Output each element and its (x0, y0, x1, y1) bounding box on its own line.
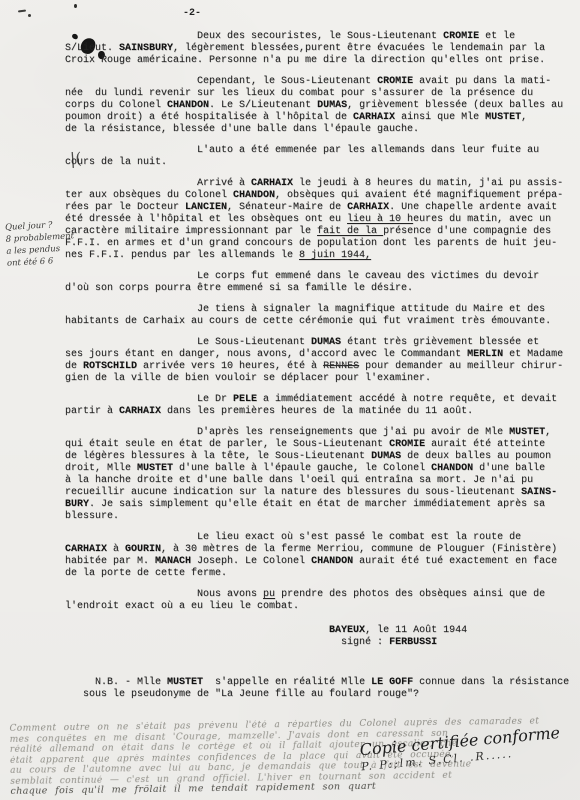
text-line: BURY. Je sais simplement qu'elle était e… (65, 499, 577, 511)
text-segment: RENNES (323, 361, 359, 372)
text-segment: partir à (65, 406, 119, 417)
text-segment: signé : (65, 637, 389, 648)
text-segment: N.B. - Mlle (65, 677, 167, 688)
text-line: été dressée à l'hôpital et les obsèques … (65, 214, 577, 226)
text-segment: et Madame (503, 349, 563, 360)
text-line: N.B. - Mlle MUSTET s'appelle en réalité … (65, 677, 577, 689)
text-line: poumon droit) a été hospitalisée à l'hôp… (65, 112, 577, 124)
paragraph: D'après les renseignements que j'ai pu a… (65, 427, 577, 523)
text-line: de la porte de cette ferme. (65, 568, 577, 580)
text-segment: avait pu dans la mati- (413, 76, 551, 87)
text-segment: aurait été tué exactement en face (353, 556, 557, 567)
text-segment: habitants de Carhaix au cours de cette c… (65, 316, 551, 327)
text-segment: cours de la nuit. (65, 157, 167, 168)
text-segment: corps du Colonel (65, 100, 167, 111)
text-line: droit, Mlle MUSTET d'une balle à l'épaul… (65, 463, 577, 475)
text-segment: sous le pseudonyme de "La Jeune fille au… (65, 689, 419, 700)
ink-speck (28, 14, 31, 17)
text-segment: , grièvement blessée (deux balles au (347, 100, 563, 111)
text-segment: a immédiatement accédé à notre requête, … (257, 394, 557, 405)
text-segment: de la résistance, blessée d'une balle da… (65, 124, 419, 135)
text-segment: MUSTET (137, 463, 173, 474)
text-segment: , à 30 mètres de la ferme Merriou, commu… (161, 544, 557, 555)
text-segment: BURY (65, 499, 89, 510)
text-segment: SAINSBURY (119, 43, 173, 54)
paragraph: Le corps fut emmené dans le caveau des v… (65, 271, 577, 295)
text-segment: droit, Mlle (65, 463, 137, 474)
text-segment: MERLIN (467, 349, 503, 360)
text-segment: PELE (233, 394, 257, 405)
text-segment: recueillir aucune indication sur la natu… (65, 487, 521, 498)
text-segment: nes F.F.I. pendus par les allemands le (65, 250, 299, 261)
text-segment: étant très grièvement blessée et (341, 337, 539, 348)
paragraph: Le Dr PELE a immédiatement accédé à notr… (65, 394, 577, 418)
text-segment: LANCIEN (185, 202, 227, 213)
text-segment: rées par le Docteur (65, 202, 185, 213)
text-line: habitants de Carhaix au cours de cette c… (65, 316, 577, 328)
text-line: d'où son corps pourra être emmené si sa … (65, 283, 577, 295)
text-segment: de la porte de cette ferme. (65, 568, 227, 579)
text-segment: Croix Rouge américaine. Personne n'a pu … (65, 55, 545, 66)
text-line: signé : FERBUSSI (65, 637, 577, 649)
text-segment: et le (479, 31, 515, 42)
text-line: CARHAIX à GOURIN, à 30 mètres de la ferm… (65, 544, 577, 556)
text-segment: S/Lieut. (65, 43, 119, 54)
text-segment: CHANDON (167, 100, 209, 111)
text-segment: LE GOFF (371, 677, 413, 688)
text-segment: , (521, 112, 527, 123)
text-line: Le Sous-Lieutenant DUMAS étant très griè… (65, 337, 577, 349)
text-line: Arrivé à CARHAIX le jeudi à 8 heures du … (65, 178, 577, 190)
text-segment: Le corps fut emmené dans le caveau des v… (65, 271, 539, 282)
text-segment: Le Sous-Lieutenant (65, 337, 311, 348)
text-segment: de deux balles au poumon (401, 451, 551, 462)
text-segment: , obsèques qui avaient été magnifiquemen… (275, 190, 563, 201)
text-segment: le jeudi à 8 heures du matin, j'ai pu as… (293, 178, 563, 189)
text-segment: arrivée vers 10 heures, été à (137, 361, 323, 372)
ink-speck (74, 4, 77, 8)
paragraph: Le lieu exact où s'est passé le combat e… (65, 532, 577, 580)
paragraph: Cependant, le Sous-Lieutenant CROMIE ava… (65, 76, 577, 136)
text-segment: GOURIN (125, 544, 161, 555)
text-line: qui était seule en état de parler, le So… (65, 439, 577, 451)
paragraph: Deux des secouristes, le Sous-Lieutenant… (65, 31, 577, 67)
text-segment: CARHAIX (119, 406, 161, 417)
text-line: habitée par M. MANACH Joseph. Le Colonel… (65, 556, 577, 568)
text-segment: CHANDON (431, 463, 473, 474)
text-segment: Deux des secouristes, le Sous-Lieutenant (65, 31, 443, 42)
text-segment: aurait été atteinte (425, 439, 545, 450)
text-segment: pu (263, 589, 275, 600)
text-segment: 8 juin 1944, (299, 250, 371, 261)
text-segment: l'endroit exact où a eu lieu le combat. (65, 601, 299, 612)
paragraph: Nous avons pu prendre des photos des obs… (65, 589, 577, 613)
text-segment: d'une balle (473, 463, 545, 474)
text-segment: , (545, 427, 551, 438)
text-line: cours de la nuit. (65, 157, 577, 169)
text-segment: CROMIE (377, 76, 413, 87)
text-line: BAYEUX, le 11 Août 1944 (65, 625, 577, 637)
text-segment: . Une chapelle ardente avait (389, 202, 557, 213)
paragraph: Arrivé à CARHAIX le jeudi à 8 heures du … (65, 178, 577, 262)
text-segment: eures du matin, avec un (413, 214, 551, 225)
text-segment: L'auto a été emmenée par les allemands d… (65, 145, 539, 156)
scanned-document-page: -2- |( Quel jour ?8 probablementa les pe… (0, 0, 580, 800)
text-line: nes F.F.I. pendus par les allemands le 8… (65, 250, 577, 262)
text-line: de légères blessures à la tête, le Sous-… (65, 451, 577, 463)
text-segment: ter aux obsèques du Colonel (65, 190, 233, 201)
text-segment: blessure. (65, 511, 119, 522)
text-line: blessure. (65, 511, 577, 523)
text-segment: , le 11 Août 1944 (365, 625, 467, 636)
text-line: Cependant, le Sous-Lieutenant CROMIE ava… (65, 76, 577, 88)
text-segment: F.F.I. en armes et d'un grand concours d… (65, 238, 557, 249)
text-segment: CROMIE (443, 31, 479, 42)
text-segment: DUMAS (311, 337, 341, 348)
text-line: ses jours étant en danger, nous avons, d… (65, 349, 577, 361)
text-line: recueillir aucune indication sur la natu… (65, 487, 577, 499)
text-segment: habitée par M. (65, 556, 155, 567)
text-line: rées par le Docteur LANCIEN, Sénateur-Ma… (65, 202, 577, 214)
text-segment: CARHAIX (65, 544, 107, 555)
paragraph: L'auto a été emmenée par les allemands d… (65, 145, 577, 169)
text-segment: CHANDON (311, 556, 353, 567)
text-line: Je tiens à signaler la magnifique attitu… (65, 304, 577, 316)
text-segment: poumon droit) a été hospitalisée à l'hôp… (65, 112, 353, 123)
text-line: Le lieu exact où s'est passé le combat e… (65, 532, 577, 544)
page-number: -2- (183, 8, 201, 19)
text-segment: d'où son corps pourra être emmené si sa … (65, 283, 413, 294)
text-line: Nous avons pu prendre des photos des obs… (65, 589, 577, 601)
text-segment: ainsi que Mle (395, 112, 485, 123)
text-line: sous le pseudonyme de "La Jeune fille au… (65, 689, 577, 701)
text-segment: de (65, 361, 83, 372)
text-segment: Joseph. Le Colonel (191, 556, 311, 567)
text-segment: à (107, 544, 125, 555)
text-segment: MUSTET (509, 427, 545, 438)
text-segment: CHANDON (233, 190, 275, 201)
text-segment: de légères blessures à la tête, le Sous-… (65, 451, 371, 462)
text-line: ter aux obsèques du Colonel CHANDON, obs… (65, 190, 577, 202)
text-segment: SAINS- (521, 487, 557, 498)
text-segment: DUMAS (317, 100, 347, 111)
text-segment: FERBUSSI (389, 637, 437, 648)
text-segment: Arrivé à (65, 178, 251, 189)
text-segment: fait de la (317, 226, 383, 237)
text-segment: CARHAIX (251, 178, 293, 189)
text-segment: . Je sais simplement qu'elle était en ét… (89, 499, 545, 510)
text-segment: à la hanche droite et d'une balle dans l… (65, 475, 533, 486)
text-segment: dans les premières heures de la matinée … (161, 406, 473, 417)
text-line: D'après les renseignements que j'ai pu a… (65, 427, 577, 439)
text-line: à la hanche droite et d'une balle dans l… (65, 475, 577, 487)
text-line: Deux des secouristes, le Sous-Lieutenant… (65, 31, 577, 43)
text-segment: gien de la ville de bien vouloir se dépl… (65, 373, 431, 384)
text-segment: DUMAS (371, 451, 401, 462)
text-segment: Je tiens à signaler la magnifique attitu… (65, 304, 545, 315)
text-line: caractère militaire impressionnant par l… (65, 226, 577, 238)
text-line: Le Dr PELE a immédiatement accédé à notr… (65, 394, 577, 406)
text-segment: . Le S/Lieutenant (209, 100, 317, 111)
text-line: L'auto a été emmenée par les allemands d… (65, 145, 577, 157)
text-segment: née du lundi revenir sur les lieux du co… (65, 88, 533, 99)
text-line: corps du Colonel CHANDON. Le S/Lieutenan… (65, 100, 577, 112)
text-segment: ses jours étant en danger, nous avons, d… (65, 349, 467, 360)
text-segment: Le Dr (65, 394, 233, 405)
text-segment: MUSTET (485, 112, 521, 123)
text-line: l'endroit exact où a eu lieu le combat. (65, 601, 577, 613)
text-segment: MANACH (155, 556, 191, 567)
paragraph: BAYEUX, le 11 Août 1944 signé : FERBUSSI (65, 625, 577, 649)
paragraph: N.B. - Mlle MUSTET s'appelle en réalité … (65, 677, 577, 701)
text-line: de ROTSCHILD arrivée vers 10 heures, été… (65, 361, 577, 373)
paragraph: Je tiens à signaler la magnifique attitu… (65, 304, 577, 328)
text-segment: CROMIE (389, 439, 425, 450)
text-segment: prendre des photos des obsèques ainsi qu… (275, 589, 545, 600)
text-segment: lieu à 10 h (347, 214, 413, 225)
text-line: née du lundi revenir sur les lieux du co… (65, 88, 577, 100)
paragraph: Le Sous-Lieutenant DUMAS étant très griè… (65, 337, 577, 385)
text-segment: , Sénateur-Maire de (227, 202, 347, 213)
text-segment: s'appelle en réalité Mlle (203, 677, 371, 688)
text-line: Le corps fut emmené dans le caveau des v… (65, 271, 577, 283)
document-body: Deux des secouristes, le Sous-Lieutenant… (65, 31, 577, 710)
text-line: Croix Rouge américaine. Personne n'a pu … (65, 55, 577, 67)
text-line: F.F.I. en armes et d'un grand concours d… (65, 238, 577, 250)
text-segment: été dressée à l'hôpital et les obsèques … (65, 214, 347, 225)
text-line: de la résistance, blessée d'une balle da… (65, 124, 577, 136)
text-segment: qui était seule en état de parler, le So… (65, 439, 389, 450)
text-segment: ROTSCHILD (83, 361, 137, 372)
text-segment: connue dans la résistance (413, 677, 569, 688)
text-line: S/Lieut. SAINSBURY, légèrement blessées,… (65, 43, 577, 55)
text-segment: caractère militaire impressionnant par l… (65, 226, 317, 237)
text-segment: Cependant, le Sous-Lieutenant (65, 76, 377, 87)
text-segment: présence d'une compagnie des (383, 226, 551, 237)
ink-speck (18, 9, 26, 12)
text-segment: Le lieu exact où s'est passé le combat e… (65, 532, 521, 543)
text-segment (65, 625, 329, 636)
text-segment: MUSTET (167, 677, 203, 688)
text-segment: d'une balle à l'épaule gauche, le Colone… (173, 463, 431, 474)
text-segment: pour demander au meilleur chirur- (359, 361, 563, 372)
text-segment: CARHAIX (347, 202, 389, 213)
text-segment: CARHAIX (353, 112, 395, 123)
text-line: gien de la ville de bien vouloir se dépl… (65, 373, 577, 385)
text-segment: D'après les renseignements que j'ai pu a… (65, 427, 509, 438)
text-segment: BAYEUX (329, 625, 365, 636)
text-line: partir à CARHAIX dans les premières heur… (65, 406, 577, 418)
text-segment: , légèrement blessées,purent être évacué… (173, 43, 545, 54)
text-segment: Nous avons (65, 589, 263, 600)
